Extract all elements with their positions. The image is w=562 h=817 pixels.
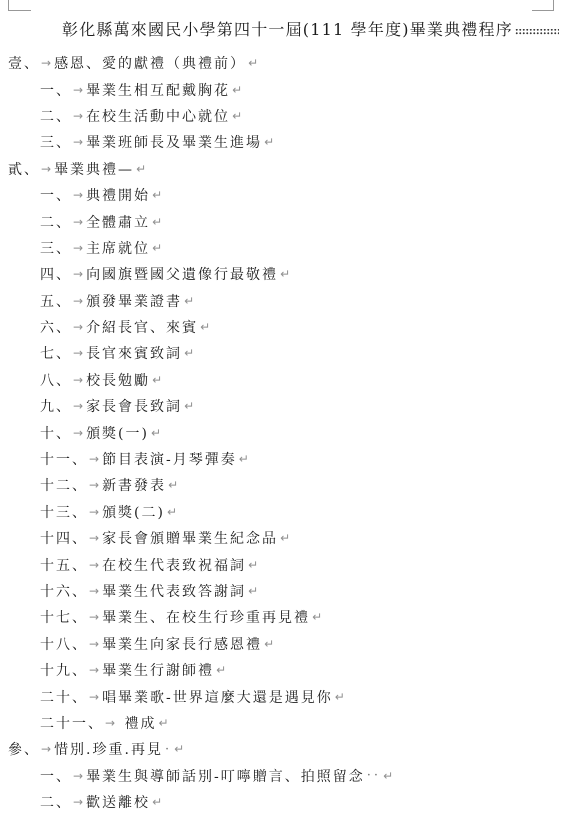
item-text: 新書發表 [102,475,166,495]
tab-mark-icon: → [72,769,86,783]
program-line: 十八、→畢業生向家長行感恩禮↵ [8,631,558,657]
tab-mark-icon: → [72,426,86,440]
item-text: 頒獎(二) [102,502,165,522]
program-line: 一、→典禮開始↵ [8,182,558,208]
item-number: 二、 [40,106,72,126]
item-text: 畢業生向家長行感恩禮 [102,634,262,654]
item-number: 二、 [40,212,72,232]
tab-mark-icon: → [72,135,86,149]
program-line: 一、→畢業生相互配戴胸花↵ [8,76,558,102]
item-text: 畢業班師長及畢業生進場 [86,132,262,152]
line-break-mark-icon: ↵ [312,610,322,624]
line-break-mark-icon: ↵ [248,56,258,70]
line-break-mark-icon: ↵ [232,83,242,97]
tab-mark-icon: → [88,478,102,492]
program-line: 二、→全體肅立↵ [8,208,558,234]
tab-mark-icon: → [72,83,86,97]
program-line: 壹、→感恩、愛的獻禮（典禮前）↵ [8,50,558,76]
tab-mark-icon: → [72,215,86,229]
program-line: 六、→介紹長官、來賓↵ [8,314,558,340]
line-break-mark-icon: ↵ [239,452,249,466]
program-line: 十、→頒獎(一)↵ [8,419,558,445]
item-number: 十五、 [40,555,88,575]
item-text: 畢業典禮— [54,159,134,179]
item-number: 十六、 [40,581,88,601]
line-break-mark-icon: ↵ [152,373,162,387]
margin-crop-mark-top-left [8,0,31,11]
tab-mark-icon: → [88,584,102,598]
item-text: 全體肅立 [86,212,150,232]
tab-mark-icon: → [88,610,102,624]
item-number: 十四、 [40,528,88,548]
tab-mark-icon: → [40,162,54,176]
tab-mark-icon: → [88,505,102,519]
program-line: 三、→畢業班師長及畢業生進場↵ [8,129,558,155]
line-break-mark-icon: ↵ [152,795,162,809]
item-text: 唱畢業歌-世界這麼大還是遇見你 [102,687,333,707]
program-line: 七、→長官來賓致詞↵ [8,340,558,366]
tab-mark-icon: → [72,795,86,809]
item-number: 九、 [40,396,72,416]
line-break-mark-icon: ↵ [232,109,242,123]
program-line: 二十、→唱畢業歌-世界這麼大還是遇見你↵ [8,683,558,709]
item-number: 二十、 [40,687,88,707]
tab-mark-icon: → [72,294,86,308]
item-number: 一、 [40,185,72,205]
item-number: 十九、 [40,660,88,680]
line-break-mark-icon: ↵ [248,558,258,572]
line-break-mark-icon: ↵ [151,426,161,440]
line-break-mark-icon: ↵ [216,663,226,677]
tab-mark-icon: → [88,531,102,545]
item-number: 四、 [40,264,72,284]
item-text: 校長勉勵 [86,370,150,390]
item-text: 典禮開始 [86,185,150,205]
item-number: 參、 [8,739,40,759]
tab-mark-icon: → [72,188,86,202]
item-text: 頒獎(一) [86,423,149,443]
item-number: 二、 [40,792,72,812]
item-number: 一、 [40,80,72,100]
tab-mark-icon: → [72,373,86,387]
line-break-mark-icon: ↵ [136,162,146,176]
line-break-mark-icon: ↵ [184,346,194,360]
item-text: 頒發畢業證書 [86,291,182,311]
program-line: 十六、→畢業生代表致答謝詞↵ [8,578,558,604]
item-number: 六、 [40,317,72,337]
item-text: 在校生代表致祝福詞 [102,555,246,575]
program-line: 十一、→節目表演-月琴彈奏↵ [8,446,558,472]
item-text: 家長會長致詞 [86,396,182,416]
item-number: 壹、 [8,53,40,73]
tab-mark-icon: → [88,690,102,704]
item-text: 主席就位 [86,238,150,258]
tab-mark-icon: → [40,742,54,756]
item-number: 二十一、 [40,713,104,733]
item-number: 十一、 [40,449,88,469]
item-number: 十、 [40,423,72,443]
item-text: 介紹長官、來賓 [86,317,198,337]
tab-mark-icon: → [72,346,86,360]
program-line: 十二、→新書發表↵ [8,472,558,498]
program-line: 五、→頒發畢業證書↵ [8,288,558,314]
space-mark: ·· [367,768,381,783]
line-break-mark-icon: ↵ [168,478,178,492]
tab-mark-icon: → [88,558,102,572]
line-break-mark-icon: ↵ [264,135,274,149]
tab-mark-icon: → [72,320,86,334]
margin-crop-mark-top-right [532,0,554,11]
line-break-mark-icon: ↵ [280,267,290,281]
program-line: 二、→在校生活動中心就位↵ [8,103,558,129]
program-line: 八、→校長勉勵↵ [8,367,558,393]
line-break-mark-icon: ↵ [174,742,184,756]
item-text: 感恩、愛的獻禮（典禮前） [54,53,246,73]
line-break-mark-icon: ↵ [167,505,177,519]
item-number: 三、 [40,132,72,152]
tab-mark-icon: → [40,56,54,70]
item-number: 三、 [40,238,72,258]
item-number: 五、 [40,291,72,311]
program-line: 十七、→畢業生、在校生行珍重再見禮↵ [8,604,558,630]
item-text: 畢業生代表致答謝詞 [102,581,246,601]
program-line: 十九、→畢業生行謝師禮↵ [8,657,558,683]
program-line: 一、→畢業生與導師話別-叮嚀贈言、拍照留念··↵ [8,763,558,789]
program-lines: 壹、→感恩、愛的獻禮（典禮前）↵一、→畢業生相互配戴胸花↵二、→在校生活動中心就… [8,50,558,815]
line-break-mark-icon: ↵ [152,215,162,229]
program-line: 四、→向國旗暨國父遺像行最敬禮↵ [8,261,558,287]
tab-mark-icon: → [72,399,86,413]
program-line: 三、→主席就位↵ [8,235,558,261]
item-number: 十三、 [40,502,88,522]
item-text: 畢業生、在校生行珍重再見禮 [102,607,310,627]
item-number: 十二、 [40,475,88,495]
document-title: 彰化縣萬來國民小學第四十一屆(111 學年度)畢業典禮程序 [62,17,559,40]
line-break-mark-icon: ↵ [264,637,274,651]
tab-mark-icon: → [88,452,102,466]
line-break-mark-icon: ↵ [280,531,290,545]
tab-mark-icon: → [72,267,86,281]
item-number: 八、 [40,370,72,390]
document-page: 彰化縣萬來國民小學第四十一屆(111 學年度)畢業典禮程序 壹、→感恩、愛的獻禮… [0,0,562,817]
program-line: 貳、→畢業典禮—↵ [8,156,558,182]
line-break-mark-icon: ↵ [152,241,162,255]
line-break-mark-icon: ↵ [184,294,194,308]
tab-mark-icon: → [104,716,118,730]
program-line: 二、→歡送離校↵ [8,789,558,815]
tab-mark-icon: → [72,241,86,255]
item-text: 向國旗暨國父遺像行最敬禮 [86,264,278,284]
document-title-text: 彰化縣萬來國民小學第四十一屆(111 學年度)畢業典禮程序 [62,20,513,39]
item-text: 家長會頒贈畢業生紀念品 [102,528,278,548]
line-break-mark-icon: ↵ [152,188,162,202]
program-line: 二十一、→ 禮成↵ [8,710,558,736]
tab-mark-icon: → [88,663,102,677]
item-text: 畢業生相互配戴胸花 [86,80,230,100]
item-text: 畢業生行謝師禮 [102,660,214,680]
item-number: 一、 [40,766,72,786]
item-text: 在校生活動中心就位 [86,106,230,126]
program-line: 十三、→頒獎(二)↵ [8,499,558,525]
program-line: 九、→家長會長致詞↵ [8,393,558,419]
line-break-mark-icon: ↵ [248,584,258,598]
space-mark: · [165,742,172,757]
item-text: 畢業生與導師話別-叮嚀贈言、拍照留念 [86,766,365,786]
item-text: 節目表演-月琴彈奏 [102,449,237,469]
program-line: 參、→惜別.珍重.再見·↵ [8,736,558,762]
item-number: 貳、 [8,159,40,179]
item-text: 禮成 [118,713,156,733]
line-break-mark-icon: ↵ [184,399,194,413]
line-break-mark-icon: ↵ [383,769,393,783]
program-line: 十四、→家長會頒贈畢業生紀念品↵ [8,525,558,551]
program-line: 十五、→在校生代表致祝福詞↵ [8,551,558,577]
item-number: 十八、 [40,634,88,654]
line-break-mark-icon: ↵ [200,320,210,334]
item-number: 十七、 [40,607,88,627]
item-number: 七、 [40,343,72,363]
tab-mark-icon: → [88,637,102,651]
item-text: 歡送離校 [86,792,150,812]
item-text: 長官來賓致詞 [86,343,182,363]
line-break-mark-icon: ↵ [335,690,345,704]
item-text: 惜別.珍重.再見 [54,739,163,759]
line-break-mark-icon: ↵ [159,716,169,730]
tab-mark-icon: → [72,109,86,123]
title-dot-leader [515,29,559,35]
